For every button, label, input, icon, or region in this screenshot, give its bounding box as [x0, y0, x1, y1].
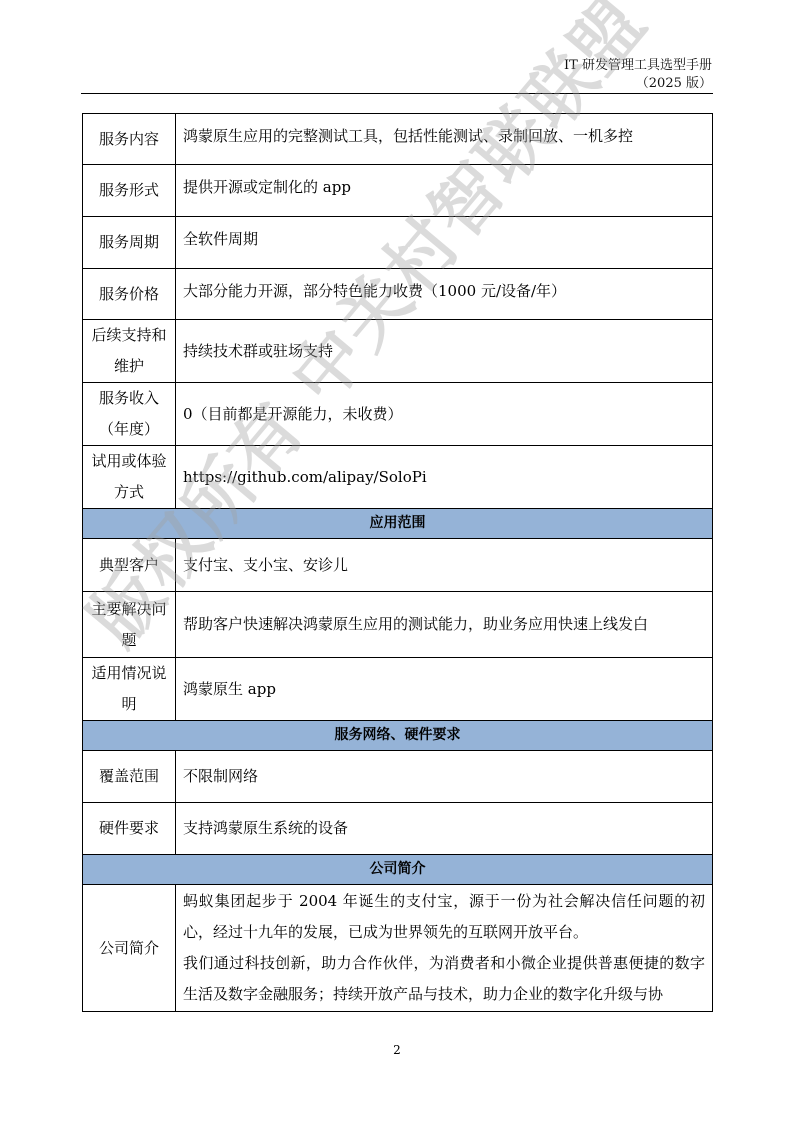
- table-row: 服务收入（年度） 0（目前都是开源能力，未收费）: [83, 383, 713, 446]
- section-header-network-hardware: 服务网络、硬件要求: [83, 721, 713, 751]
- page-number: 2: [0, 1043, 794, 1057]
- row-value: 0（目前都是开源能力，未收费）: [176, 383, 713, 446]
- section-title: 公司简介: [83, 855, 713, 885]
- table-row: 典型客户 支付宝、支小宝、安诊儿: [83, 539, 713, 592]
- row-value: 不限制网络: [176, 751, 713, 803]
- table-row: 服务价格 大部分能力开源，部分特色能力收费（1000 元/设备/年）: [83, 269, 713, 320]
- row-label: 后续支持和维护: [83, 320, 176, 383]
- row-label: 主要解决问题: [83, 592, 176, 658]
- running-header: IT 研发管理工具选型手册 （2025 版）: [564, 57, 712, 93]
- section-header-application-scope: 应用范围: [83, 509, 713, 539]
- document-edition: （2025 版）: [564, 75, 712, 93]
- row-value: 提供开源或定制化的 app: [176, 165, 713, 217]
- table-row: 覆盖范围 不限制网络: [83, 751, 713, 803]
- row-label: 适用情况说明: [83, 658, 176, 721]
- section-title: 应用范围: [83, 509, 713, 539]
- row-value: 支付宝、支小宝、安诊儿: [176, 539, 713, 592]
- row-label: 试用或体验方式: [83, 446, 176, 509]
- table-row: 适用情况说明 鸿蒙原生 app: [83, 658, 713, 721]
- company-profile-text: 蚂蚁集团起步于 2004 年诞生的支付宝，源于一份为社会解决信任问题的初心，经过…: [176, 885, 713, 1012]
- row-label: 服务周期: [83, 217, 176, 269]
- company-paragraph: 蚂蚁集团起步于 2004 年诞生的支付宝，源于一份为社会解决信任问题的初心，经过…: [183, 886, 705, 948]
- row-value: 大部分能力开源，部分特色能力收费（1000 元/设备/年）: [176, 269, 713, 320]
- row-label: 硬件要求: [83, 803, 176, 855]
- row-label: 服务形式: [83, 165, 176, 217]
- row-label: 服务价格: [83, 269, 176, 320]
- row-value: 全软件周期: [176, 217, 713, 269]
- table-row: 公司简介 蚂蚁集团起步于 2004 年诞生的支付宝，源于一份为社会解决信任问题的…: [83, 885, 713, 1012]
- row-label: 公司简介: [83, 885, 176, 1012]
- section-title: 服务网络、硬件要求: [83, 721, 713, 751]
- section-header-company-profile: 公司简介: [83, 855, 713, 885]
- table-row: 服务形式 提供开源或定制化的 app: [83, 165, 713, 217]
- row-label: 服务内容: [83, 114, 176, 165]
- table-row: 后续支持和维护 持续技术群或驻场支持: [83, 320, 713, 383]
- row-label: 典型客户: [83, 539, 176, 592]
- company-paragraph: 我们通过科技创新，助力合作伙伴，为消费者和小微企业提供普惠便捷的数字生活及数字金…: [183, 948, 705, 1010]
- header-rule: [81, 93, 713, 94]
- row-value: 鸿蒙原生应用的完整测试工具，包括性能测试、录制回放、一机多控: [176, 114, 713, 165]
- product-spec-table: 服务内容 鸿蒙原生应用的完整测试工具，包括性能测试、录制回放、一机多控 服务形式…: [82, 113, 713, 1012]
- table-row: 服务内容 鸿蒙原生应用的完整测试工具，包括性能测试、录制回放、一机多控: [83, 114, 713, 165]
- trial-url-link[interactable]: https://github.com/alipay/SoloPi: [176, 446, 713, 509]
- row-value: 鸿蒙原生 app: [176, 658, 713, 721]
- document-title: IT 研发管理工具选型手册: [564, 57, 712, 75]
- table-row: 主要解决问题 帮助客户快速解决鸿蒙原生应用的测试能力，助业务应用快速上线发白: [83, 592, 713, 658]
- table-row: 服务周期 全软件周期: [83, 217, 713, 269]
- table-row: 硬件要求 支持鸿蒙原生系统的设备: [83, 803, 713, 855]
- row-value: 支持鸿蒙原生系统的设备: [176, 803, 713, 855]
- row-label: 服务收入（年度）: [83, 383, 176, 446]
- row-label: 覆盖范围: [83, 751, 176, 803]
- row-value: 持续技术群或驻场支持: [176, 320, 713, 383]
- row-value: 帮助客户快速解决鸿蒙原生应用的测试能力，助业务应用快速上线发白: [176, 592, 713, 658]
- table-row: 试用或体验方式 https://github.com/alipay/SoloPi: [83, 446, 713, 509]
